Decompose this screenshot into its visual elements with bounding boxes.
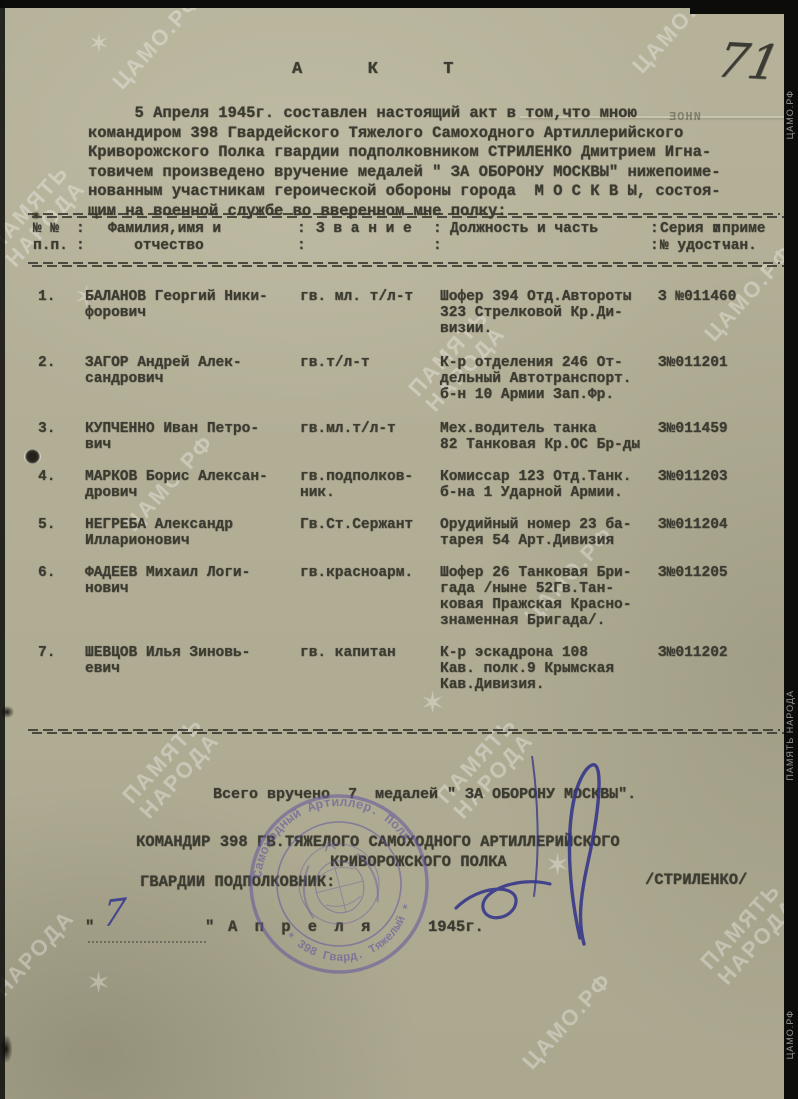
watermark: ПАМЯТЬ НАРОДА xyxy=(696,878,798,988)
table-row: 1. БАЛАНОВ Георгий Ники- форович гв. мл.… xyxy=(0,289,798,337)
row-duty: К-р эскадрона 108 Кав. полк.9 Крымская К… xyxy=(440,645,658,693)
table-header: № № п.п. : : Фамилия,имя и отчество : : … xyxy=(0,221,798,261)
row-name: ШЕВЦОВ Илья Зиновь- евич xyxy=(85,645,300,693)
intro-line: 5 Апреля 1945г. составлен настоящий акт … xyxy=(88,104,721,124)
award-table-rows: 1. БАЛАНОВ Георгий Ники- форович гв. мл.… xyxy=(0,289,798,709)
row-serial: З№011204 xyxy=(658,517,788,549)
scan-edge-left xyxy=(0,0,5,1099)
row-serial: З№011201 xyxy=(658,355,788,403)
ink-signature xyxy=(428,756,633,948)
watermark: ✶ xyxy=(88,30,112,57)
table-border-bottom xyxy=(28,729,780,736)
row-rank: Гв.Ст.Сержант xyxy=(300,517,440,549)
date-quote-open: " xyxy=(85,918,94,936)
row-rank: гв.мл.т/л-т xyxy=(300,421,440,453)
row-name: МАРКОВ Борис Алексан- дрович xyxy=(85,469,300,501)
row-name: ЗАГОР Андрей Алек- сандрович xyxy=(85,355,300,403)
table-row: 7. ШЕВЦОВ Илья Зиновь- евич гв. капитан … xyxy=(0,645,798,693)
table-border-top xyxy=(28,213,780,220)
intro-line: нованным участникам героической обороны … xyxy=(88,182,721,202)
watermark: ✶ xyxy=(86,968,113,1000)
row-rank: гв.подполков- ник. xyxy=(300,469,440,501)
column-separator: : : xyxy=(76,221,85,255)
row-rank: гв.красноарм. xyxy=(300,565,440,629)
row-serial: З№011202 xyxy=(658,645,788,693)
watermark-edge: ПАМЯТЬ НАРОДА xyxy=(785,690,795,781)
row-duty: Комиссар 123 Отд.Танк. б-на 1 Ударной Ар… xyxy=(440,469,658,501)
table-row: 5. НЕГРЕБА Александр Илларионович Гв.Ст.… xyxy=(0,517,798,549)
row-duty: Мех.водитель танка 82 Танковая Кр.ОС Бр-… xyxy=(440,421,658,453)
signer-name: /СТРИЛЕНКО/ xyxy=(645,871,747,889)
row-serial: З№011459 xyxy=(658,421,788,453)
row-rank: гв. мл. т/л-т xyxy=(300,289,440,337)
date-blank-line xyxy=(88,941,206,943)
col-header-name: Фамилия,имя и отчество xyxy=(108,221,221,255)
intro-line: командиром 398 Гвардейского Тяжелого Сам… xyxy=(88,124,721,144)
scan-edge-corner xyxy=(690,0,798,14)
row-duty: Орудийный номер 23 ба- тарея 54 Арт.Диви… xyxy=(440,517,658,549)
row-number: 7. xyxy=(38,645,85,693)
watermark: ЦАМО.РФ xyxy=(518,968,616,1073)
column-separator: : : xyxy=(650,221,659,255)
scan-edge-top xyxy=(0,0,798,8)
row-name: БАЛАНОВ Георгий Ники- форович xyxy=(85,289,300,337)
row-name: КУПЧЕННО Иван Петро- вич xyxy=(85,421,300,453)
row-name: ФАДЕЕВ Михаил Логи- нович xyxy=(85,565,300,629)
document-title: А К Т xyxy=(292,60,468,79)
table-border-header xyxy=(28,262,780,269)
scan-edge-right xyxy=(784,10,798,1099)
watermark: НАРОДА xyxy=(0,906,78,1001)
col-header-rank: З в а н и е xyxy=(316,221,412,238)
table-row: 6. ФАДЕЕВ Михаил Логи- нович гв.красноар… xyxy=(0,565,798,629)
row-duty: Шофер 394 Отд.Автороты 323 Стрелковой Кр… xyxy=(440,289,658,337)
col-header-duty: Должность и часть xyxy=(450,221,598,238)
row-serial: З№011205 xyxy=(658,565,788,629)
row-number: 2. xyxy=(38,355,85,403)
row-number: 5. xyxy=(38,517,85,549)
row-name: НЕГРЕБА Александр Илларионович xyxy=(85,517,300,549)
intro-line: Криворожского Полка гвардии подполковник… xyxy=(88,143,721,163)
row-rank: гв.т/л-т xyxy=(300,355,440,403)
column-separator: : : xyxy=(433,221,442,255)
row-number: 6. xyxy=(38,565,85,629)
document-scan: ЦАМО.РФЦАМО.РФПАМЯТЬ НАРОДАЦАМО.РФПАМЯТЬ… xyxy=(0,0,798,1099)
column-separator: : : xyxy=(297,221,306,255)
col-header-note: приме чан. xyxy=(722,221,766,255)
watermark: ЦАМО.РФ xyxy=(108,0,206,93)
intro-line: товичем произведено вручение медалей " З… xyxy=(88,163,721,183)
column-separator: : : xyxy=(712,221,721,255)
watermark-edge: ЦАМО.РФ xyxy=(785,90,795,139)
row-number: 1. xyxy=(38,289,85,337)
date-quote-close: " xyxy=(205,918,214,936)
col-header-num: № № п.п. xyxy=(33,221,68,255)
page-number: 71 xyxy=(712,33,785,92)
row-serial: З №011460 xyxy=(658,289,788,337)
table-row: 2. ЗАГОР Андрей Алек- сандрович гв.т/л-т… xyxy=(0,355,798,403)
table-row: 4. МАРКОВ Борис Алексан- дрович гв.подпо… xyxy=(0,469,798,501)
row-number: 3. xyxy=(38,421,85,453)
row-serial: З№011203 xyxy=(658,469,788,501)
intro-paragraph: 5 Апреля 1945г. составлен настоящий акт … xyxy=(88,104,721,221)
row-number: 4. xyxy=(38,469,85,501)
table-row: 3. КУПЧЕННО Иван Петро- вич гв.мл.т/л-т … xyxy=(0,421,798,453)
row-rank: гв. капитан xyxy=(300,645,440,693)
row-duty: Шофер 26 Танковая Бри- гада /ныне 52Гв.Т… xyxy=(440,565,658,629)
watermark-edge: ЦАМО.РФ xyxy=(785,1010,795,1059)
row-duty: К-р отделения 246 От- дельный Автотрансп… xyxy=(440,355,658,403)
handwritten-day: 7 xyxy=(101,891,127,936)
